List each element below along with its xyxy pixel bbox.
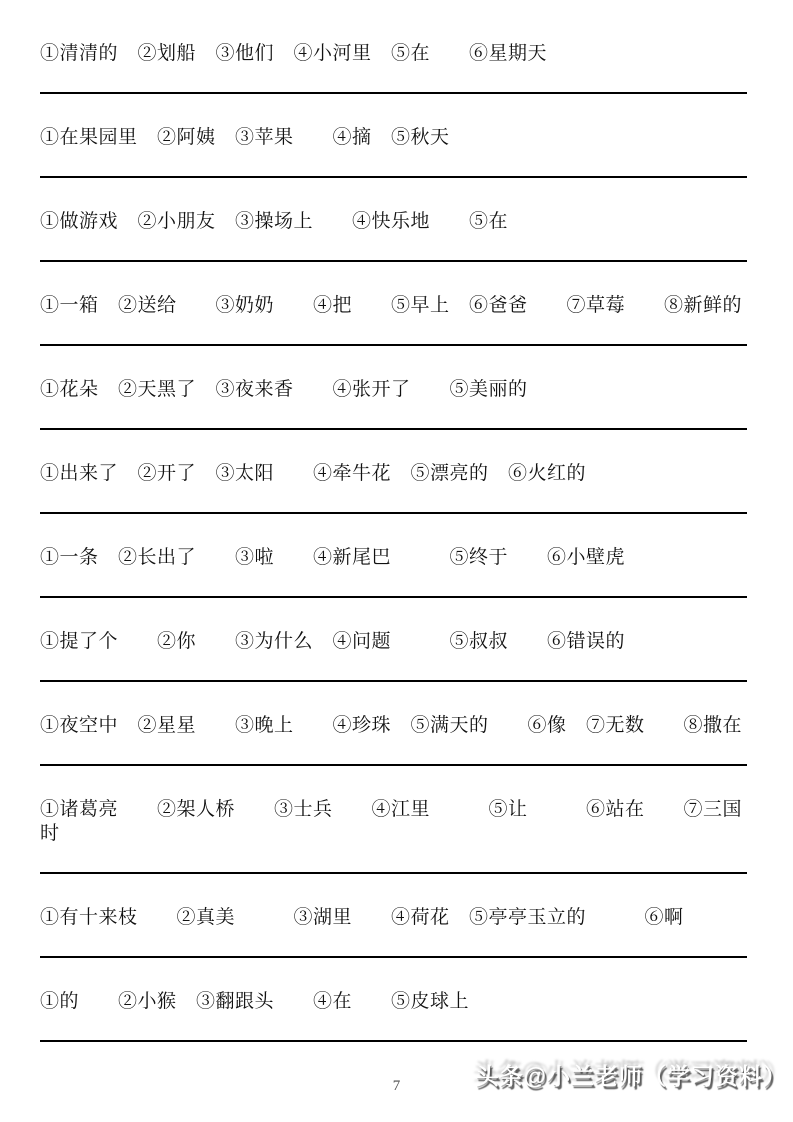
- exercise-row: ①的 ②小猴 ③翻跟头 ④在 ⑤皮球上: [40, 990, 747, 1042]
- word-bank: ①一箱 ②送给 ③奶奶 ④把 ⑤早上 ⑥爸爸 ⑦草莓 ⑧新鲜的: [40, 294, 747, 318]
- exercise-row: ①花朵 ②天黑了 ③夜来香 ④张开了 ⑤美丽的: [40, 378, 747, 430]
- exercise-row: ①有十来枝 ②真美 ③湖里 ④荷花 ⑤亭亭玉立的 ⑥啊: [40, 906, 747, 958]
- exercise-row: ①在果园里 ②阿姨 ③苹果 ④摘 ⑤秋天: [40, 126, 747, 178]
- exercise-row: ①清清的 ②划船 ③他们 ④小河里 ⑤在 ⑥星期天: [40, 42, 747, 94]
- exercise-row: ①做游戏 ②小朋友 ③操场上 ④快乐地 ⑤在: [40, 210, 747, 262]
- word-bank: ①的 ②小猴 ③翻跟头 ④在 ⑤皮球上: [40, 990, 747, 1014]
- word-bank: ①清清的 ②划船 ③他们 ④小河里 ⑤在 ⑥星期天: [40, 42, 747, 66]
- word-bank: ①做游戏 ②小朋友 ③操场上 ④快乐地 ⑤在: [40, 210, 747, 234]
- exercise-row: ①一条 ②长出了 ③啦 ④新尾巴 ⑤终于 ⑥小壁虎: [40, 546, 747, 598]
- exercise-row: ①夜空中 ②星星 ③晚上 ④珍珠 ⑤满天的 ⑥像 ⑦无数 ⑧撒在: [40, 714, 747, 766]
- answer-line: [40, 764, 747, 766]
- answer-line: [40, 176, 747, 178]
- word-bank: ①花朵 ②天黑了 ③夜来香 ④张开了 ⑤美丽的: [40, 378, 747, 402]
- answer-line: [40, 596, 747, 598]
- word-bank: ①在果园里 ②阿姨 ③苹果 ④摘 ⑤秋天: [40, 126, 747, 150]
- answer-line: [40, 872, 747, 874]
- word-bank: ①夜空中 ②星星 ③晚上 ④珍珠 ⑤满天的 ⑥像 ⑦无数 ⑧撒在: [40, 714, 747, 738]
- answer-line: [40, 1040, 747, 1042]
- exercise-row: ①一箱 ②送给 ③奶奶 ④把 ⑤早上 ⑥爸爸 ⑦草莓 ⑧新鲜的: [40, 294, 747, 346]
- word-bank: ①有十来枝 ②真美 ③湖里 ④荷花 ⑤亭亭玉立的 ⑥啊: [40, 906, 747, 930]
- watermark: 头条@小兰老师（学习资料）: [476, 1058, 787, 1091]
- word-bank: ①诸葛亮 ②架人桥 ③士兵 ④江里 ⑤让 ⑥站在 ⑦三国时: [40, 798, 747, 846]
- exercise-row: ①诸葛亮 ②架人桥 ③士兵 ④江里 ⑤让 ⑥站在 ⑦三国时: [40, 798, 747, 874]
- answer-line: [40, 680, 747, 682]
- exercise-list: ①清清的 ②划船 ③他们 ④小河里 ⑤在 ⑥星期天①在果园里 ②阿姨 ③苹果 ④…: [0, 0, 793, 1042]
- word-bank: ①一条 ②长出了 ③啦 ④新尾巴 ⑤终于 ⑥小壁虎: [40, 546, 747, 570]
- word-bank: ①提了个 ②你 ③为什么 ④问题 ⑤叔叔 ⑥错误的: [40, 630, 747, 654]
- answer-line: [40, 260, 747, 262]
- answer-line: [40, 92, 747, 94]
- word-bank: ①出来了 ②开了 ③太阳 ④牵牛花 ⑤漂亮的 ⑥火红的: [40, 462, 747, 486]
- worksheet-page: ①清清的 ②划船 ③他们 ④小河里 ⑤在 ⑥星期天①在果园里 ②阿姨 ③苹果 ④…: [0, 0, 793, 1122]
- exercise-row: ①出来了 ②开了 ③太阳 ④牵牛花 ⑤漂亮的 ⑥火红的: [40, 462, 747, 514]
- answer-line: [40, 512, 747, 514]
- answer-line: [40, 956, 747, 958]
- answer-line: [40, 344, 747, 346]
- answer-line: [40, 428, 747, 430]
- exercise-row: ①提了个 ②你 ③为什么 ④问题 ⑤叔叔 ⑥错误的: [40, 630, 747, 682]
